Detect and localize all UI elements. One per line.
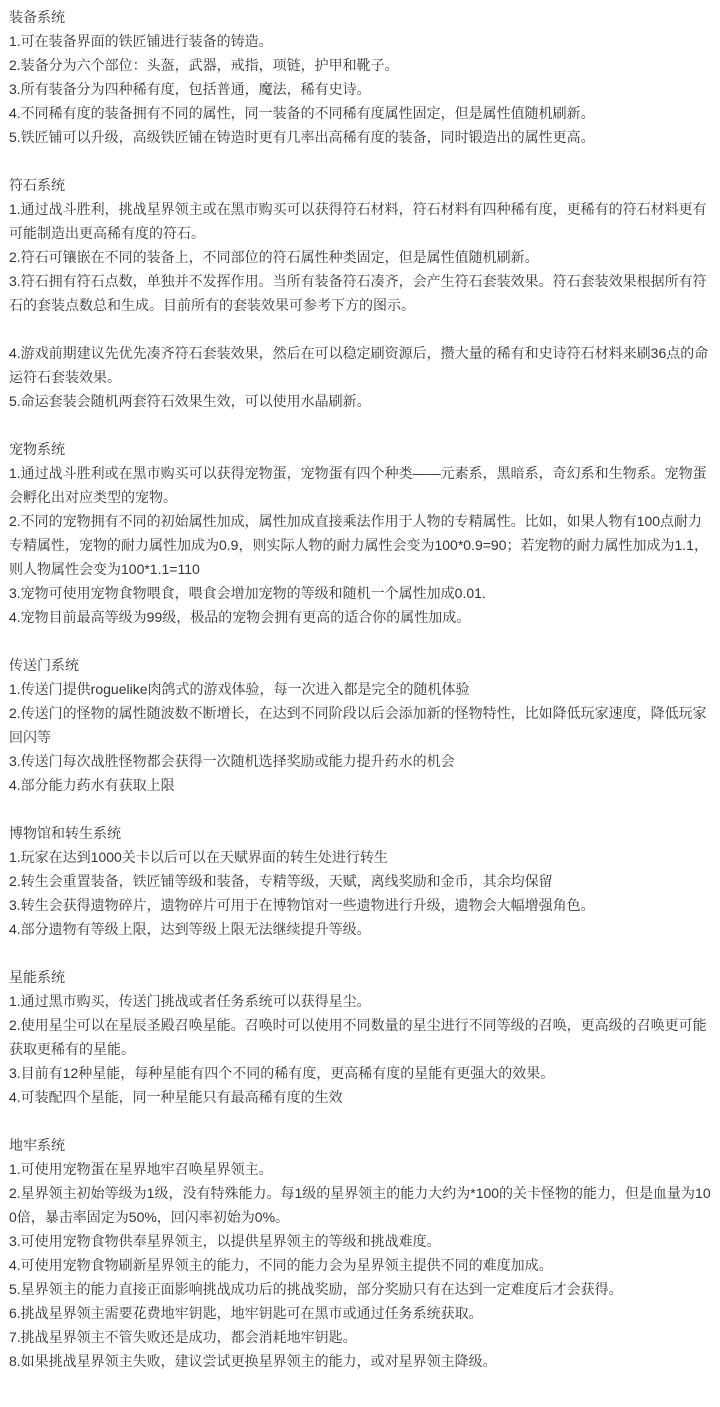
text-line: 2.星界领主初始等级为1级，没有特殊能力。每1级的星界领主的能力大约为*100的… <box>9 1181 711 1229</box>
section-title: 装备系统 <box>9 5 711 29</box>
text-line: 3.转生会获得遗物碎片，遗物碎片可用于在博物馆对一些遗物进行升级，遗物会大幅增强… <box>9 893 711 917</box>
text-line: 1.可使用宠物蛋在星界地牢召唤星界领主。 <box>9 1157 711 1181</box>
text-line: 6.挑战星界领主需要花费地牢钥匙，地牢钥匙可在黑市或通过任务系统获取。 <box>9 1301 711 1325</box>
text-line: 4.可装配四个星能，同一种星能只有最高稀有度的生效 <box>9 1085 711 1109</box>
section-museum-rebirth: 博物馆和转生系统 1.玩家在达到1000关卡以后可以在天赋界面的转生处进行转生 … <box>9 821 711 941</box>
text-line: 3.宠物可使用宠物食物喂食，喂食会增加宠物的等级和随机一个属性加成0.01. <box>9 581 711 605</box>
text-line: 1.可在装备界面的铁匠铺进行装备的铸造。 <box>9 29 711 53</box>
text-line: 2.转生会重置装备，铁匠铺等级和装备，专精等级，天赋，离线奖励和金币，其余均保留 <box>9 869 711 893</box>
text-line: 1.玩家在达到1000关卡以后可以在天赋界面的转生处进行转生 <box>9 845 711 869</box>
section-title: 传送门系统 <box>9 653 711 677</box>
section-title: 博物馆和转生系统 <box>9 821 711 845</box>
text-line: 3.符石拥有符石点数，单独并不发挥作用。当所有装备符石凑齐，会产生符石套装效果。… <box>9 269 711 317</box>
text-line: 4.部分遗物有等级上限，达到等级上限无法继续提升等级。 <box>9 917 711 941</box>
section-dungeon: 地牢系统 1.可使用宠物蛋在星界地牢召唤星界领主。 2.星界领主初始等级为1级，… <box>9 1133 711 1373</box>
text-line: 1.通过黑市购买，传送门挑战或者任务系统可以获得星尘。 <box>9 989 711 1013</box>
text-line: 4.不同稀有度的装备拥有不同的属性，同一装备的不同稀有度属性固定，但是属性值随机… <box>9 101 711 125</box>
section-star-energy: 星能系统 1.通过黑市购买，传送门挑战或者任务系统可以获得星尘。 2.使用星尘可… <box>9 965 711 1109</box>
section-runestone: 符石系统 1.通过战斗胜利，挑战星界领主或在黑市购买可以获得符石材料，符石材料有… <box>9 173 711 413</box>
text-line: 3.可使用宠物食物供奉星界领主，以提供星界领主的等级和挑战难度。 <box>9 1229 711 1253</box>
text-line: 2.符石可镶嵌在不同的装备上，不同部位的符石属性种类固定，但是属性值随机刷新。 <box>9 245 711 269</box>
section-title: 宠物系统 <box>9 437 711 461</box>
text-line: 5.铁匠铺可以升级，高级铁匠铺在铸造时更有几率出高稀有度的装备，同时锻造出的属性… <box>9 125 711 149</box>
text-line: 3.所有装备分为四种稀有度，包括普通，魔法，稀有史诗。 <box>9 77 711 101</box>
text-line: 2.使用星尘可以在星辰圣殿召唤星能。召唤时可以使用不同数量的星尘进行不同等级的召… <box>9 1013 711 1061</box>
text-line: 3.传送门每次战胜怪物都会获得一次随机选择奖励或能力提升药水的机会 <box>9 749 711 773</box>
text-line: 2.传送门的怪物的属性随波数不断增长，在达到不同阶段以后会添加新的怪物特性，比如… <box>9 701 711 749</box>
text-line: 2.不同的宠物拥有不同的初始属性加成，属性加成直接乘法作用于人物的专精属性。比如… <box>9 509 711 581</box>
text-line: 8.如果挑战星界领主失败，建议尝试更换星界领主的能力，或对星界领主降级。 <box>9 1349 711 1373</box>
text-line: 4.部分能力药水有获取上限 <box>9 773 711 797</box>
text-line: 5.星界领主的能力直接正面影响挑战成功后的挑战奖励，部分奖励只有在达到一定难度后… <box>9 1277 711 1301</box>
text-line: 4.游戏前期建议先优先凑齐符石套装效果，然后在可以稳定刷资源后，攒大量的稀有和史… <box>9 341 711 389</box>
document-page: 装备系统 1.可在装备界面的铁匠铺进行装备的铸造。 2.装备分为六个部位：头盔，… <box>0 0 720 1407</box>
text-line: 5.命运套装会随机两套符石效果生效，可以使用水晶刷新。 <box>9 389 711 413</box>
section-title: 符石系统 <box>9 173 711 197</box>
section-equipment: 装备系统 1.可在装备界面的铁匠铺进行装备的铸造。 2.装备分为六个部位：头盔，… <box>9 5 711 149</box>
section-title: 地牢系统 <box>9 1133 711 1157</box>
text-line: 1.通过战斗胜利或在黑市购买可以获得宠物蛋，宠物蛋有四个种类——元素系，黑暗系，… <box>9 461 711 509</box>
text-line: 4.可使用宠物食物刷新星界领主的能力，不同的能力会为星界领主提供不同的难度加成。 <box>9 1253 711 1277</box>
section-pet: 宠物系统 1.通过战斗胜利或在黑市购买可以获得宠物蛋，宠物蛋有四个种类——元素系… <box>9 437 711 629</box>
text-line: 1.通过战斗胜利，挑战星界领主或在黑市购买可以获得符石材料，符石材料有四种稀有度… <box>9 197 711 245</box>
text-line: 7.挑战星界领主不管失败还是成功，都会消耗地牢钥匙。 <box>9 1325 711 1349</box>
text-line: 4.宠物目前最高等级为99级，极品的宠物会拥有更高的适合你的属性加成。 <box>9 605 711 629</box>
text-line: 2.装备分为六个部位：头盔，武器，戒指，项链，护甲和靴子。 <box>9 53 711 77</box>
section-title: 星能系统 <box>9 965 711 989</box>
section-portal: 传送门系统 1.传送门提供roguelike肉鸽式的游戏体验，每一次进入都是完全… <box>9 653 711 797</box>
text-line: 3.目前有12种星能，每种星能有四个不同的稀有度，更高稀有度的星能有更强大的效果… <box>9 1061 711 1085</box>
text-line: 1.传送门提供roguelike肉鸽式的游戏体验，每一次进入都是完全的随机体验 <box>9 677 711 701</box>
